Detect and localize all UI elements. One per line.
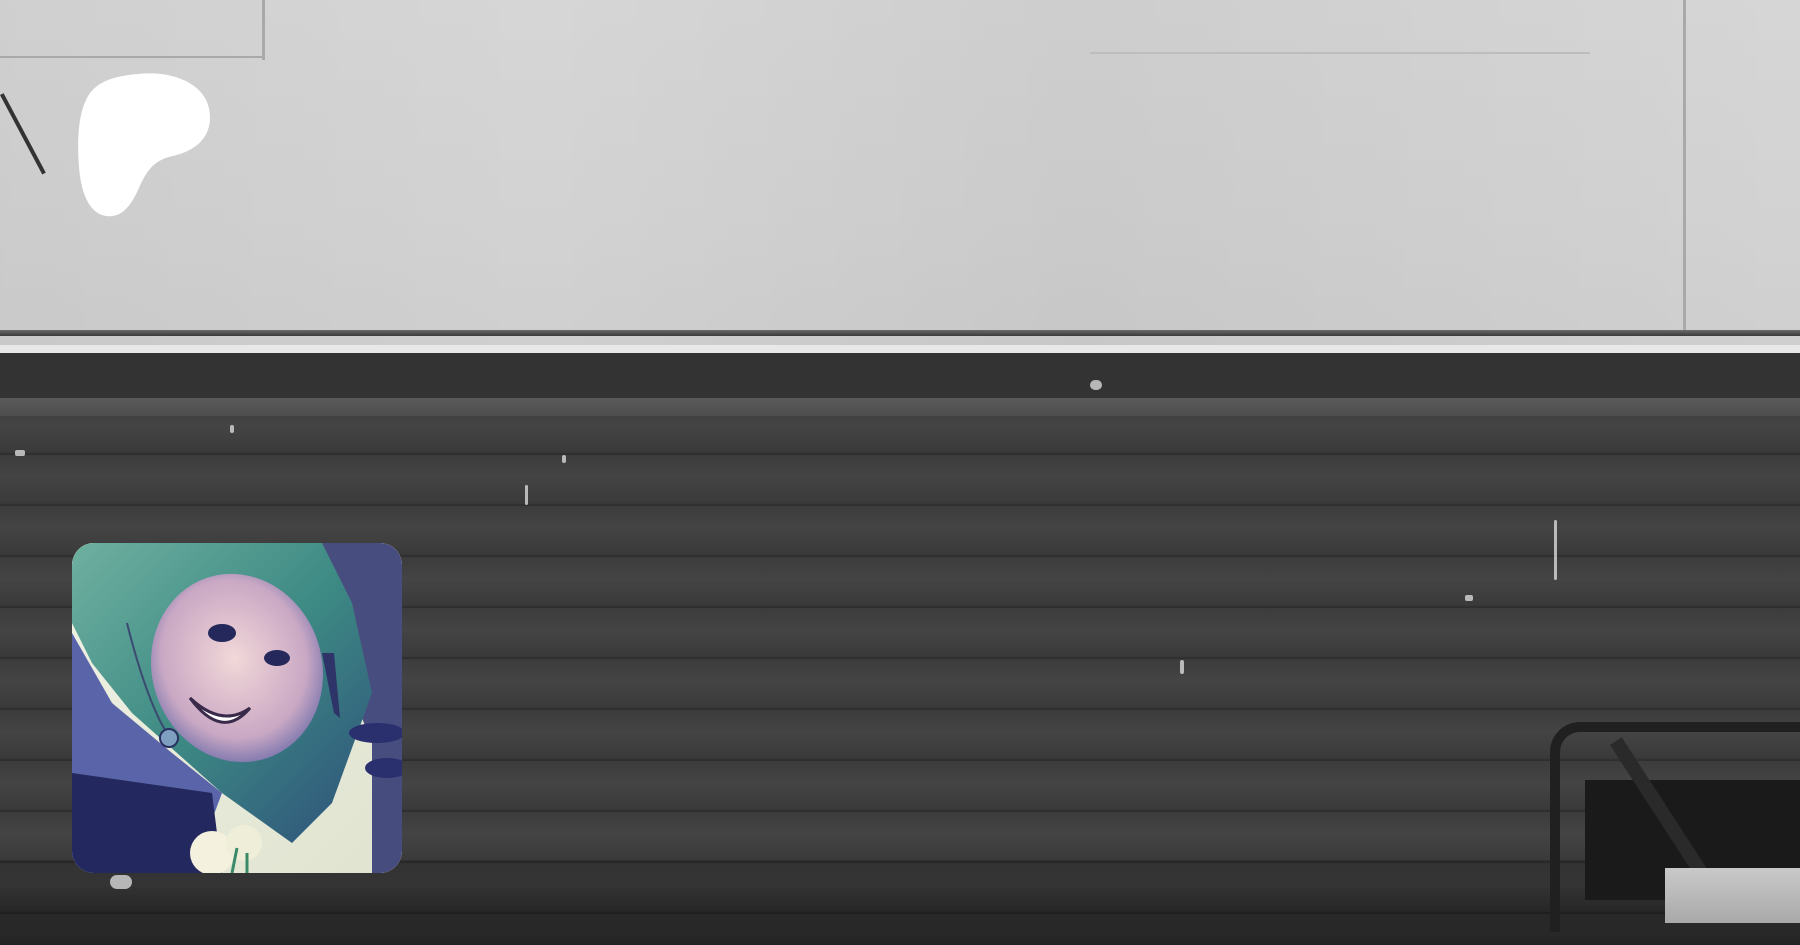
profile-page [0,0,1800,945]
floor-speck [110,875,132,889]
wall-seam [262,0,265,60]
floor-speck [562,455,566,463]
wall-seam [1090,52,1590,54]
floor-speck [525,485,528,505]
floor-speck [1180,660,1184,674]
floor-box [1665,868,1800,923]
patreon-logo-icon[interactable] [78,72,212,217]
creator-avatar[interactable] [72,543,402,873]
baseboard [0,330,1800,336]
wall-seam [1683,0,1686,330]
baseboard-trim [0,345,1800,353]
floor-speck [1554,520,1557,580]
floor-speck [1465,595,1473,601]
floor-rail [0,398,1800,416]
floor-band [0,353,1800,398]
floor-speck [230,425,234,433]
wall-seam [0,56,265,58]
floor-speck [15,450,25,456]
floor-speck [1090,380,1102,390]
